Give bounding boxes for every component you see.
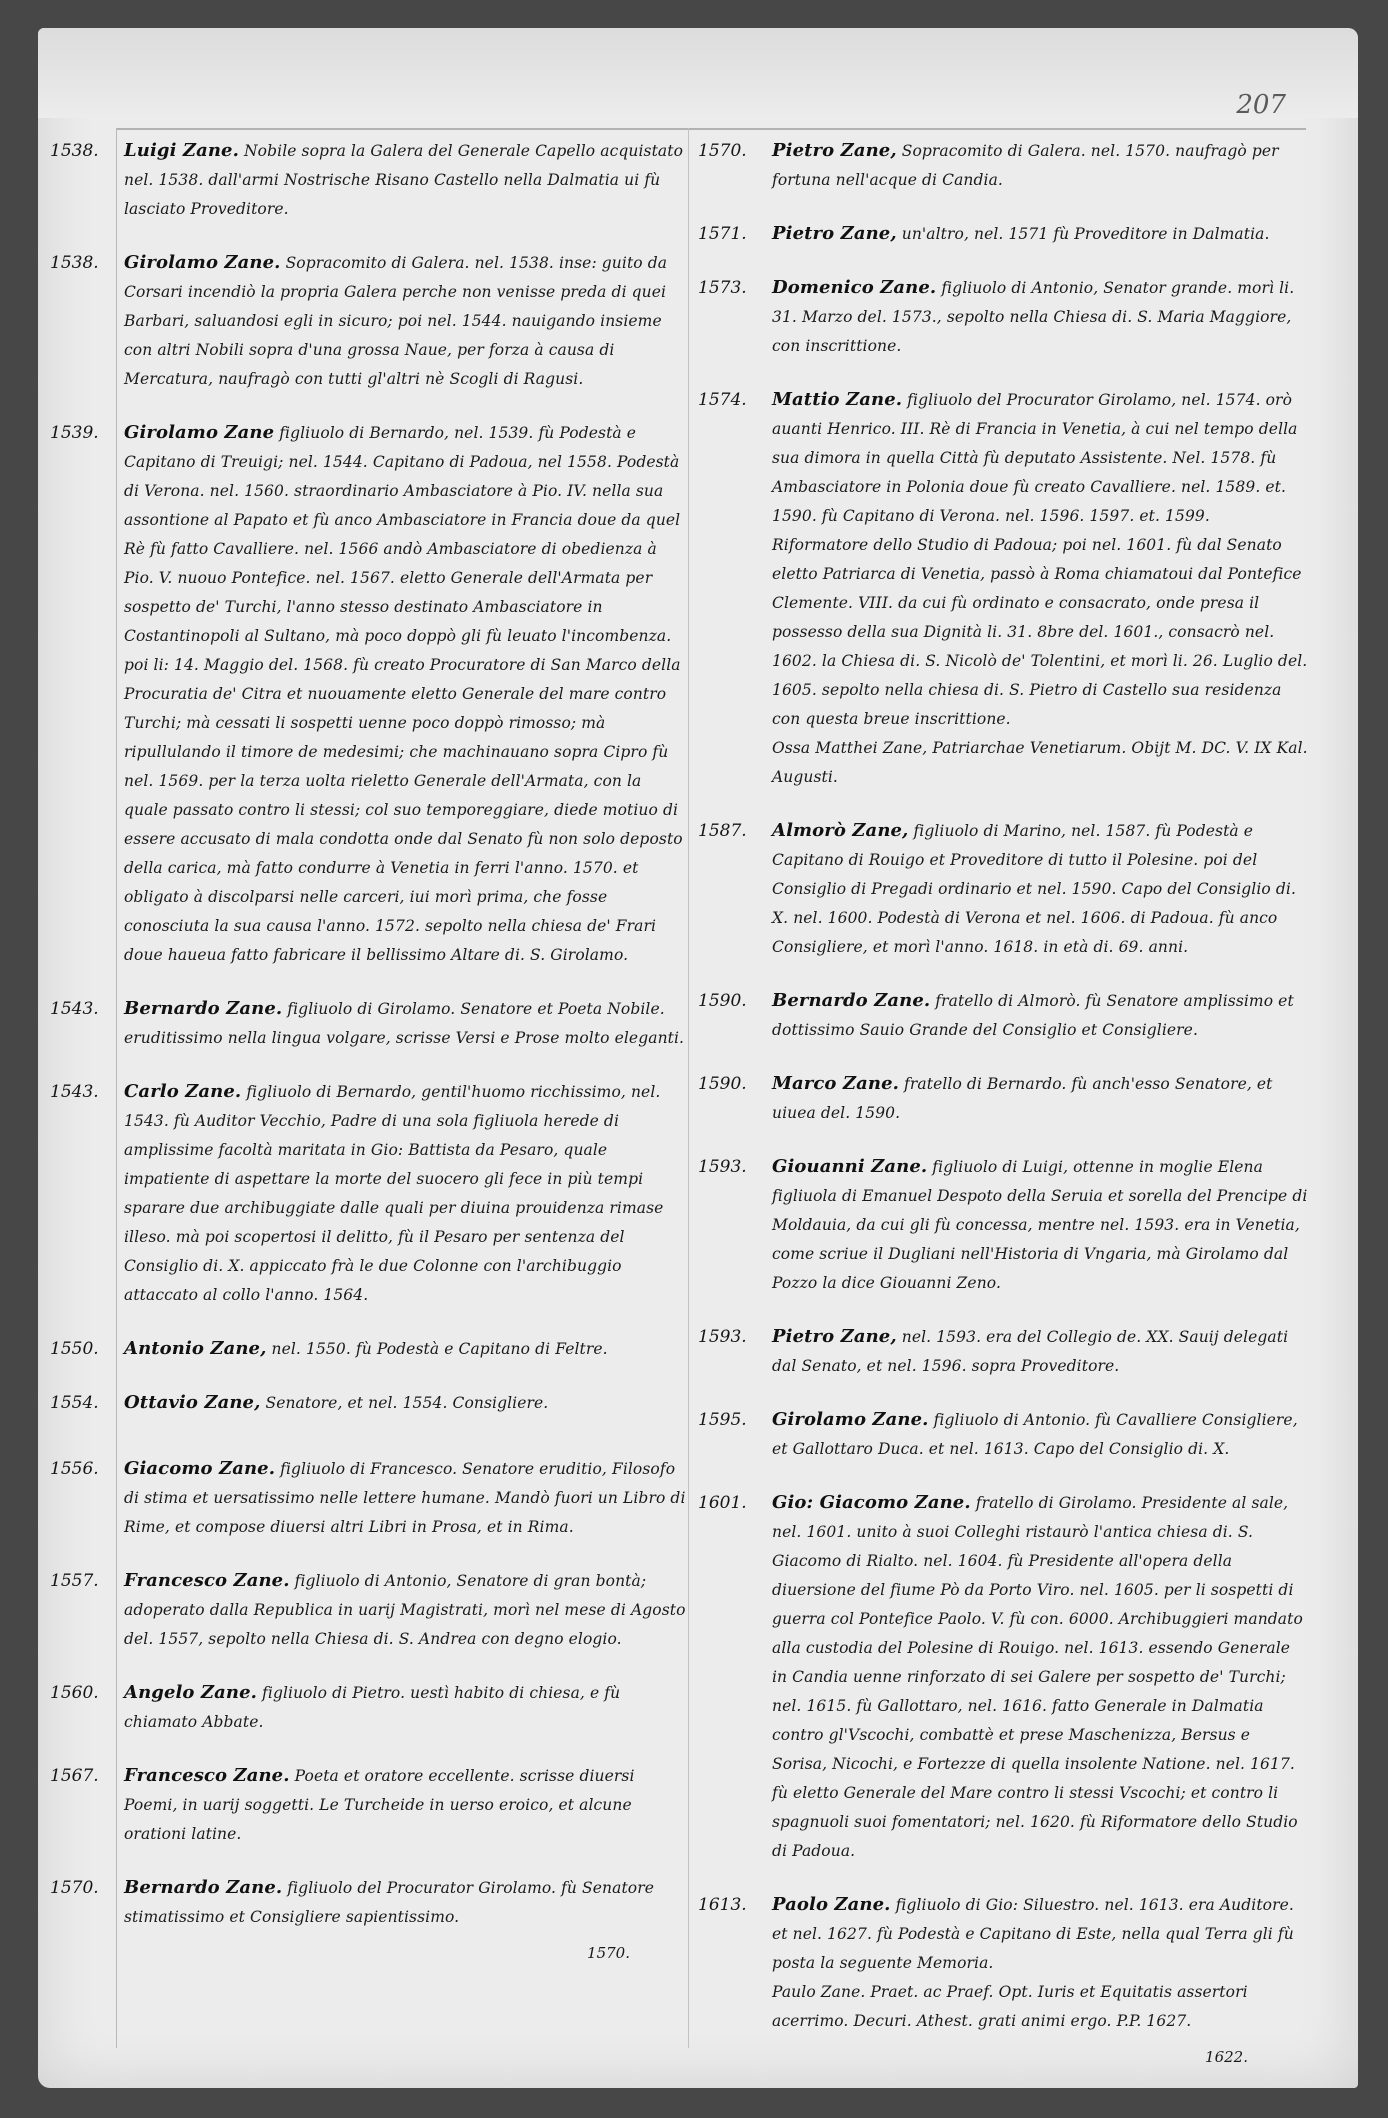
entry-year: 1590.: [698, 1069, 772, 1099]
entry-year: 1557.: [50, 1566, 124, 1596]
entry-name: Domenico Zane.: [772, 277, 936, 298]
entry-name: Francesco Zane.: [124, 1570, 290, 1591]
entry-year: 1571.: [698, 219, 772, 249]
entry-epitaph: Paulo Zane. Praet. ac Praef. Opt. Iuris …: [772, 1978, 1308, 2036]
entry-antonio-zane-1550: 1550. Antonio Zane, nel. 1550. fù Podest…: [50, 1334, 690, 1364]
entry-carlo-zane-1543: 1543. Carlo Zane. figliuolo di Bernardo,…: [50, 1077, 690, 1310]
entry-year: 1570.: [698, 136, 772, 166]
column-end-date: 1570.: [50, 1944, 690, 1962]
entry-text: Senatore, et nel. 1554. Consigliere.: [265, 1394, 548, 1412]
entry-text: figliuolo di Luigi, ottenne in moglie El…: [772, 1158, 1307, 1292]
entry-name: Gio: Giacomo Zane.: [772, 1492, 971, 1513]
entry-name: Carlo Zane.: [124, 1081, 241, 1102]
folio-number: 207: [1236, 90, 1286, 120]
entry-ottavio-zane-1554: 1554. Ottavio Zane, Senatore, et nel. 15…: [50, 1388, 690, 1418]
entry-name: Angelo Zane.: [124, 1682, 257, 1703]
entry-year: 1550.: [50, 1334, 124, 1364]
entry-year: 1601.: [698, 1488, 772, 1518]
entry-name: Antonio Zane,: [124, 1338, 266, 1359]
entry-pietro-zane-1570: 1570. Pietro Zane, Sopracomito di Galera…: [698, 136, 1308, 195]
entry-year: 1570.: [50, 1873, 124, 1903]
entry-giouanni-zane-1593: 1593. Giouanni Zane. figliuolo di Luigi,…: [698, 1152, 1308, 1298]
entry-francesco-zane-1567: 1567. Francesco Zane. Poeta et oratore e…: [50, 1761, 690, 1849]
entry-girolamo-zane-1539: 1539. Girolamo Zane figliuolo di Bernard…: [50, 418, 690, 970]
entry-angelo-zane-1560: 1560. Angelo Zane. figliuolo di Pietro. …: [50, 1678, 690, 1737]
entry-year: 1573.: [698, 273, 772, 303]
entry-name: Bernardo Zane.: [772, 990, 930, 1011]
entry-name: Francesco Zane.: [124, 1765, 290, 1786]
entry-name: Giacomo Zane.: [124, 1458, 275, 1479]
entry-text: figliuolo del Procurator Girolamo, nel. …: [772, 391, 1307, 728]
entry-paolo-zane-1613: 1613. Paolo Zane. figliuolo di Gio: Silu…: [698, 1890, 1308, 2036]
entry-name: Girolamo Zane.: [772, 1409, 929, 1430]
entry-year: 1543.: [50, 994, 124, 1024]
entry-domenico-zane-1573: 1573. Domenico Zane. figliuolo di Antoni…: [698, 273, 1308, 361]
entry-almoro-zane-1587: 1587. Almorò Zane, figliuolo di Marino, …: [698, 816, 1308, 962]
entry-name: Ottavio Zane,: [124, 1392, 260, 1413]
entry-year: 1613.: [698, 1890, 772, 1920]
entry-name: Girolamo Zane: [124, 422, 274, 443]
entry-year: 1554.: [50, 1388, 124, 1418]
entry-luigi-zane-1538: 1538. Luigi Zane. Nobile sopra la Galera…: [50, 136, 690, 224]
entry-text: nel. 1550. fù Podestà e Capitano di Felt…: [272, 1340, 608, 1358]
entry-name: Girolamo Zane.: [124, 252, 281, 273]
entry-name: Marco Zane.: [772, 1073, 899, 1094]
entry-year: 1538.: [50, 136, 124, 166]
entry-name: Bernardo Zane.: [124, 1877, 282, 1898]
entry-year: 1538.: [50, 248, 124, 278]
entry-girolamo-zane-1595: 1595. Girolamo Zane. figliuolo di Antoni…: [698, 1405, 1308, 1464]
entry-francesco-zane-1557: 1557. Francesco Zane. figliuolo di Anton…: [50, 1566, 690, 1654]
entry-year: 1595.: [698, 1405, 772, 1435]
entry-text: Sopracomito di Galera. nel. 1538. inse: …: [124, 254, 667, 388]
entry-name: Pietro Zane,: [772, 140, 897, 161]
entry-marco-zane-1590: 1590. Marco Zane. fratello di Bernardo. …: [698, 1069, 1308, 1128]
manuscript-page: 207 1538. Luigi Zane. Nobile sopra la Ga…: [38, 28, 1358, 2088]
entry-year: 1593.: [698, 1322, 772, 1352]
right-column: 1570. Pietro Zane, Sopracomito di Galera…: [698, 136, 1308, 2066]
entry-girolamo-zane-1538: 1538. Girolamo Zane. Sopracomito di Gale…: [50, 248, 690, 394]
entry-text: figliuolo di Bernardo, nel. 1539. fù Pod…: [124, 424, 683, 964]
column-end-date: 1622.: [698, 2048, 1308, 2066]
entry-gio-giacomo-zane-1601: 1601. Gio: Giacomo Zane. fratello di Gir…: [698, 1488, 1308, 1866]
entry-year: 1587.: [698, 816, 772, 846]
entry-name: Giouanni Zane.: [772, 1156, 927, 1177]
entry-pietro-zane-1571: 1571. Pietro Zane, un'altro, nel. 1571 f…: [698, 219, 1308, 249]
entry-name: Pietro Zane,: [772, 1326, 897, 1347]
entry-name: Pietro Zane,: [772, 223, 897, 244]
entry-text: figliuolo di Bernardo, gentil'huomo ricc…: [124, 1083, 663, 1304]
entry-name: Paolo Zane.: [772, 1894, 891, 1915]
entry-year: 1574.: [698, 385, 772, 415]
entry-name: Almorò Zane,: [772, 820, 908, 841]
entry-year: 1590.: [698, 986, 772, 1016]
ruled-top-line: [116, 128, 1306, 130]
entry-year: 1593.: [698, 1152, 772, 1182]
entry-name: Mattio Zane.: [772, 389, 902, 410]
entry-year: 1543.: [50, 1077, 124, 1107]
entry-year: 1556.: [50, 1454, 124, 1484]
entry-name: Bernardo Zane.: [124, 998, 282, 1019]
entry-pietro-zane-1593: 1593. Pietro Zane, nel. 1593. era del Co…: [698, 1322, 1308, 1381]
entry-bernardo-zane-1590: 1590. Bernardo Zane. fratello di Almorò.…: [698, 986, 1308, 1045]
entry-text: fratello di Girolamo. Presidente al sale…: [772, 1494, 1303, 1860]
entry-text: un'altro, nel. 1571 fù Proveditore in Da…: [902, 225, 1270, 243]
entry-text: figliuolo di Marino, nel. 1587. fù Podes…: [772, 822, 1296, 956]
entry-epitaph: Ossa Matthei Zane, Patriarchae Venetiaru…: [772, 734, 1308, 792]
entry-mattio-zane-1574: 1574. Mattio Zane. figliuolo del Procura…: [698, 385, 1308, 792]
left-column: 1538. Luigi Zane. Nobile sopra la Galera…: [50, 136, 690, 1962]
entry-year: 1539.: [50, 418, 124, 448]
entry-year: 1567.: [50, 1761, 124, 1791]
entry-name: Luigi Zane.: [124, 140, 239, 161]
entry-year: 1560.: [50, 1678, 124, 1708]
entry-giacomo-zane-1556: 1556. Giacomo Zane. figliuolo di Frances…: [50, 1454, 690, 1542]
entry-bernardo-zane-1543: 1543. Bernardo Zane. figliuolo di Girola…: [50, 994, 690, 1053]
entry-bernardo-zane-1570: 1570. Bernardo Zane. figliuolo del Procu…: [50, 1873, 690, 1932]
